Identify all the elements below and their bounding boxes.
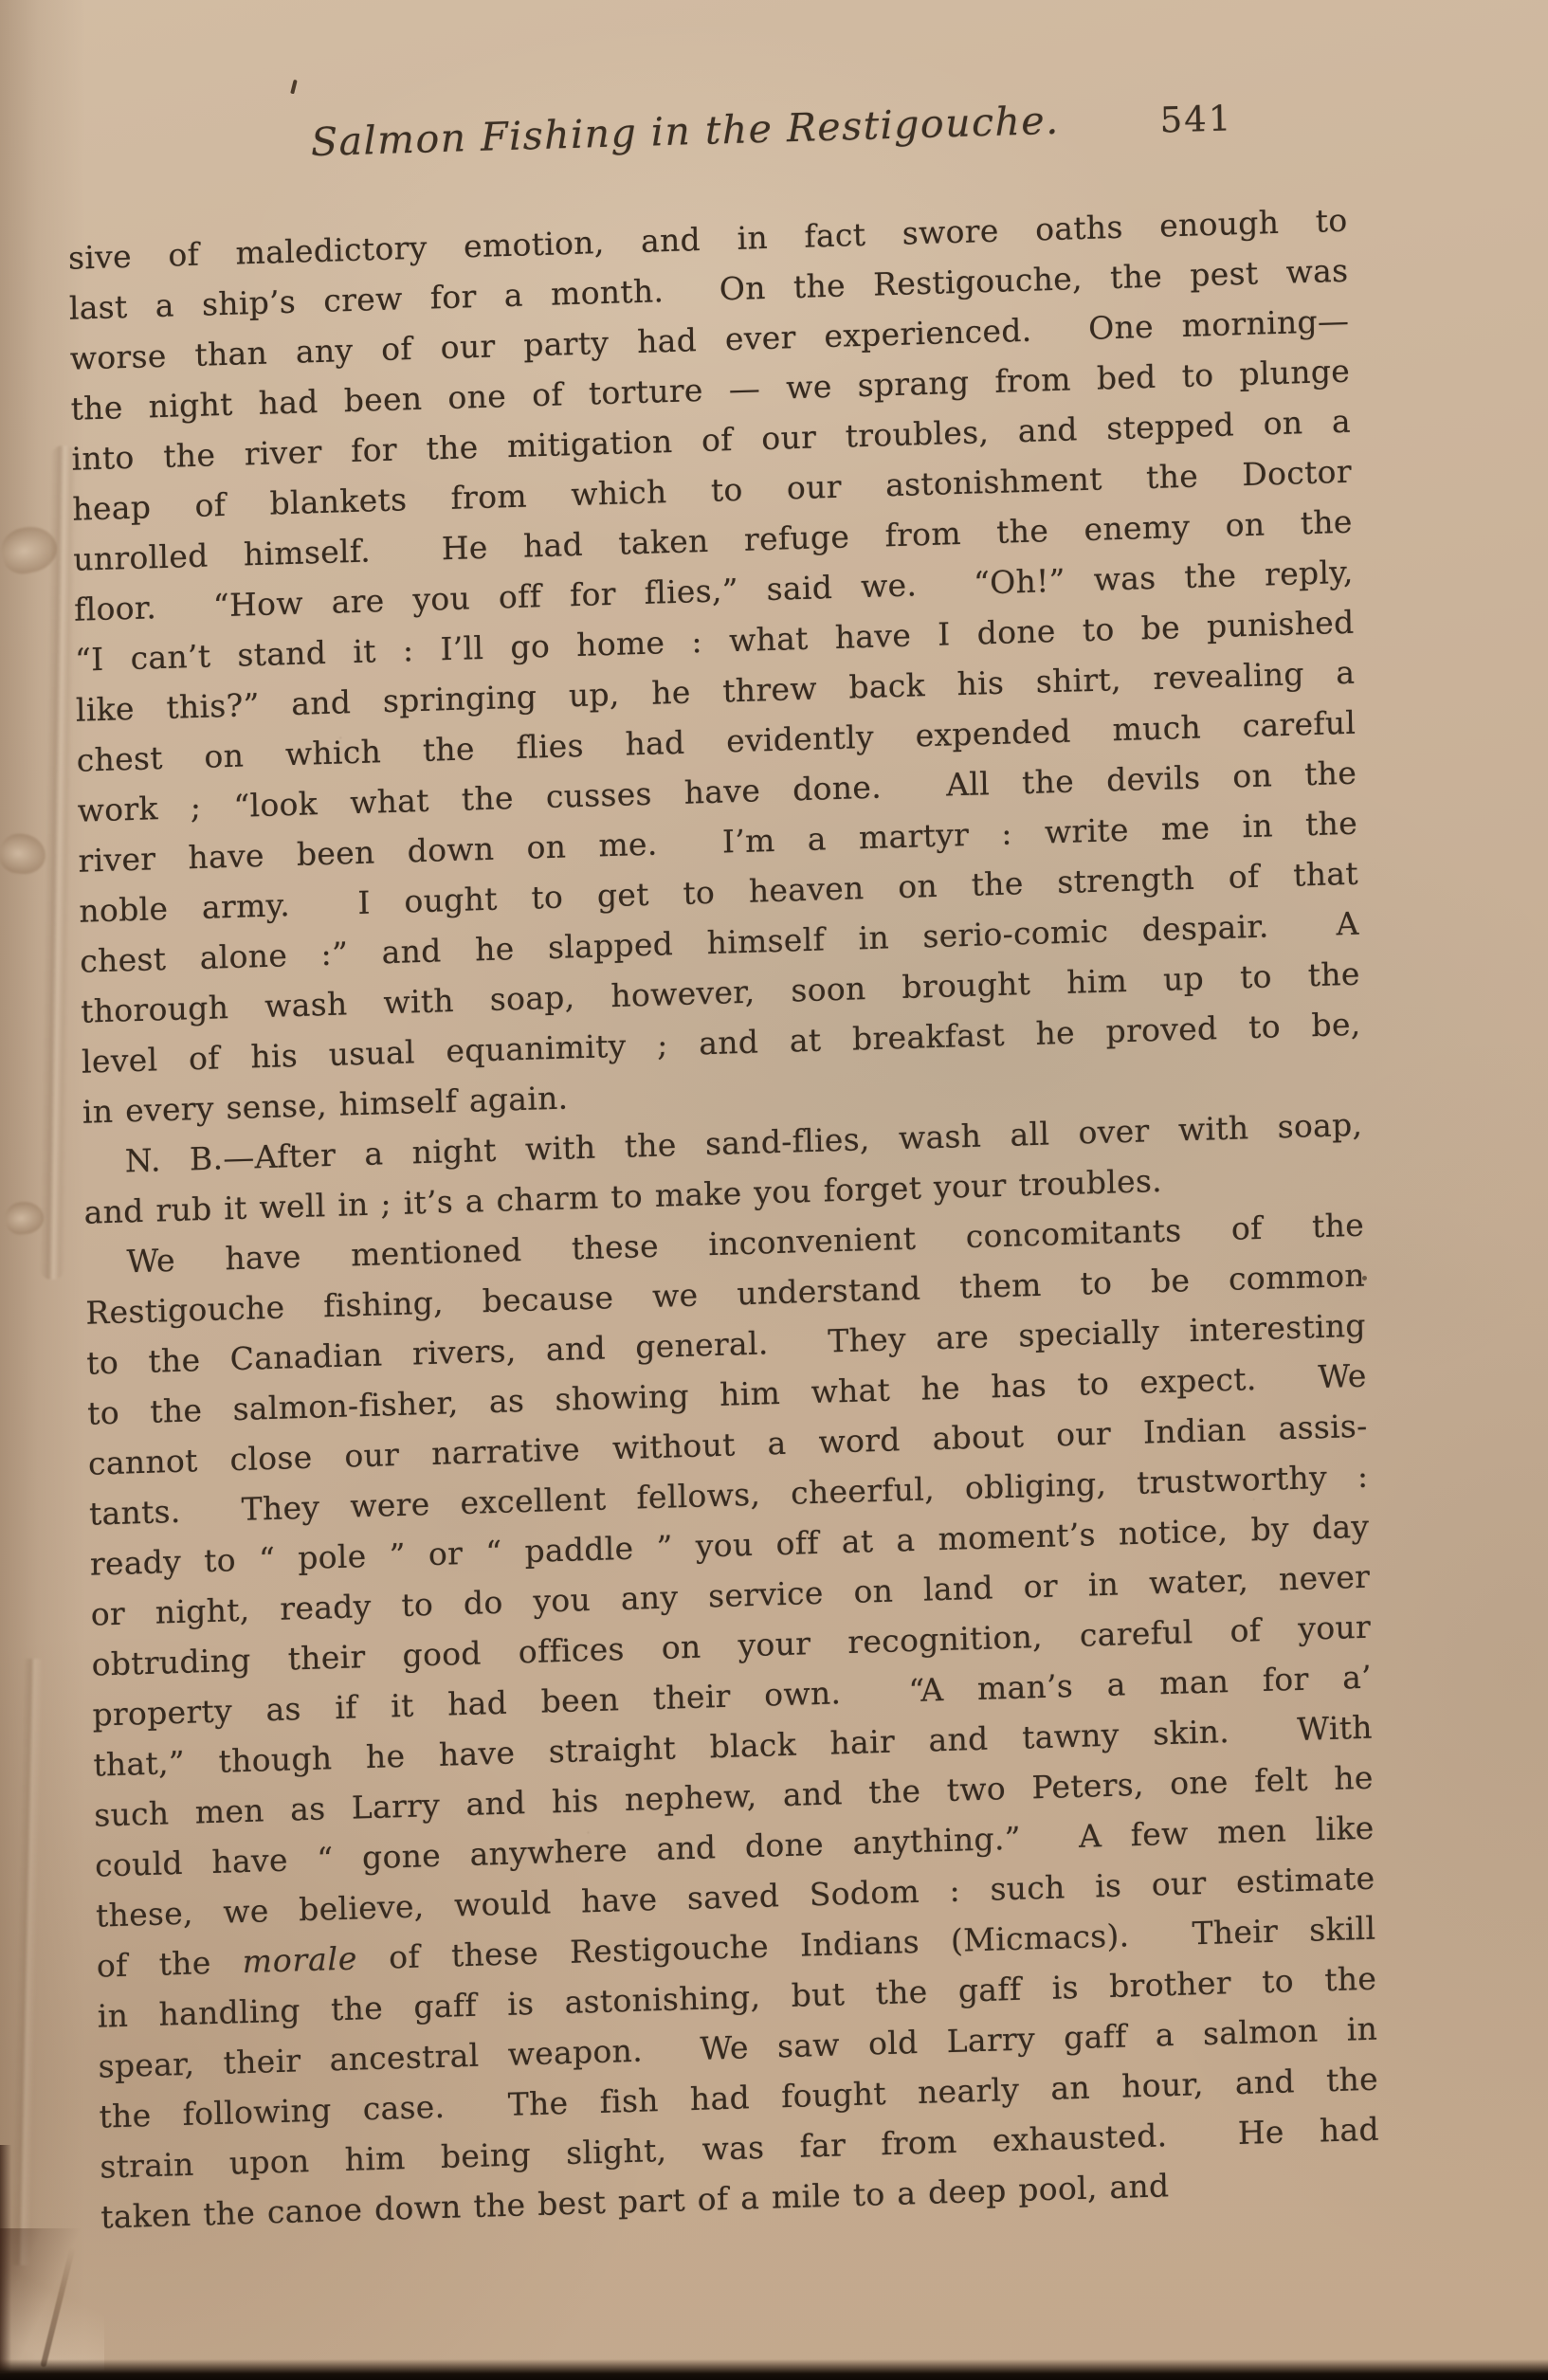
ink-speck	[290, 80, 298, 95]
paper-surface: Salmon Fishing in the Restigouche. 541 s…	[0, 0, 1548, 2380]
corner-tear	[0, 2228, 104, 2371]
scan-edge-left	[0, 2145, 11, 2372]
page-text: sive of maledictory emotion, and in fact…	[68, 195, 1381, 2243]
page-number: 541	[1159, 98, 1232, 140]
scan-edge-bottom	[0, 2359, 1548, 2380]
printed-page-content: Salmon Fishing in the Restigouche. 541 s…	[59, 103, 1388, 2242]
book-page-photo: { "colors": { "paper": "#cbb49b", "ink":…	[0, 0, 1548, 2380]
running-header-title: Salmon Fishing in the Restigouche.	[311, 98, 1060, 165]
